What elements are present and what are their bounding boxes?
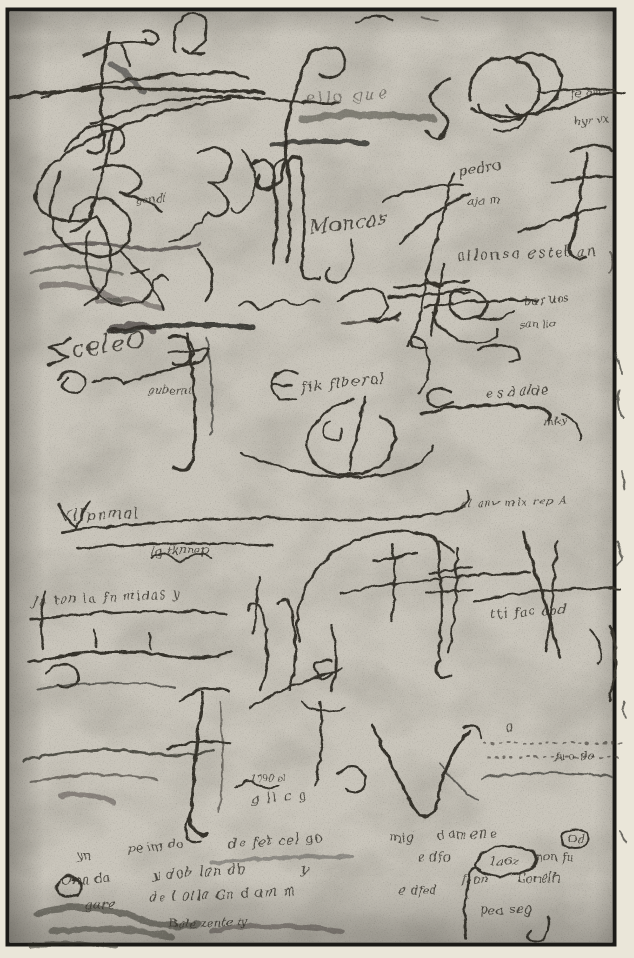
photo-page: ella gue fe om hyr vx gondi [0, 0, 634, 958]
vignette-right [594, 12, 612, 942]
vignette-bottom [10, 878, 612, 942]
vignette-top [10, 12, 612, 36]
manuscript-facsimile: ella gue fe om hyr vx gondi [0, 0, 634, 958]
halftone-erosion [10, 12, 612, 942]
vignette-left [10, 12, 44, 942]
